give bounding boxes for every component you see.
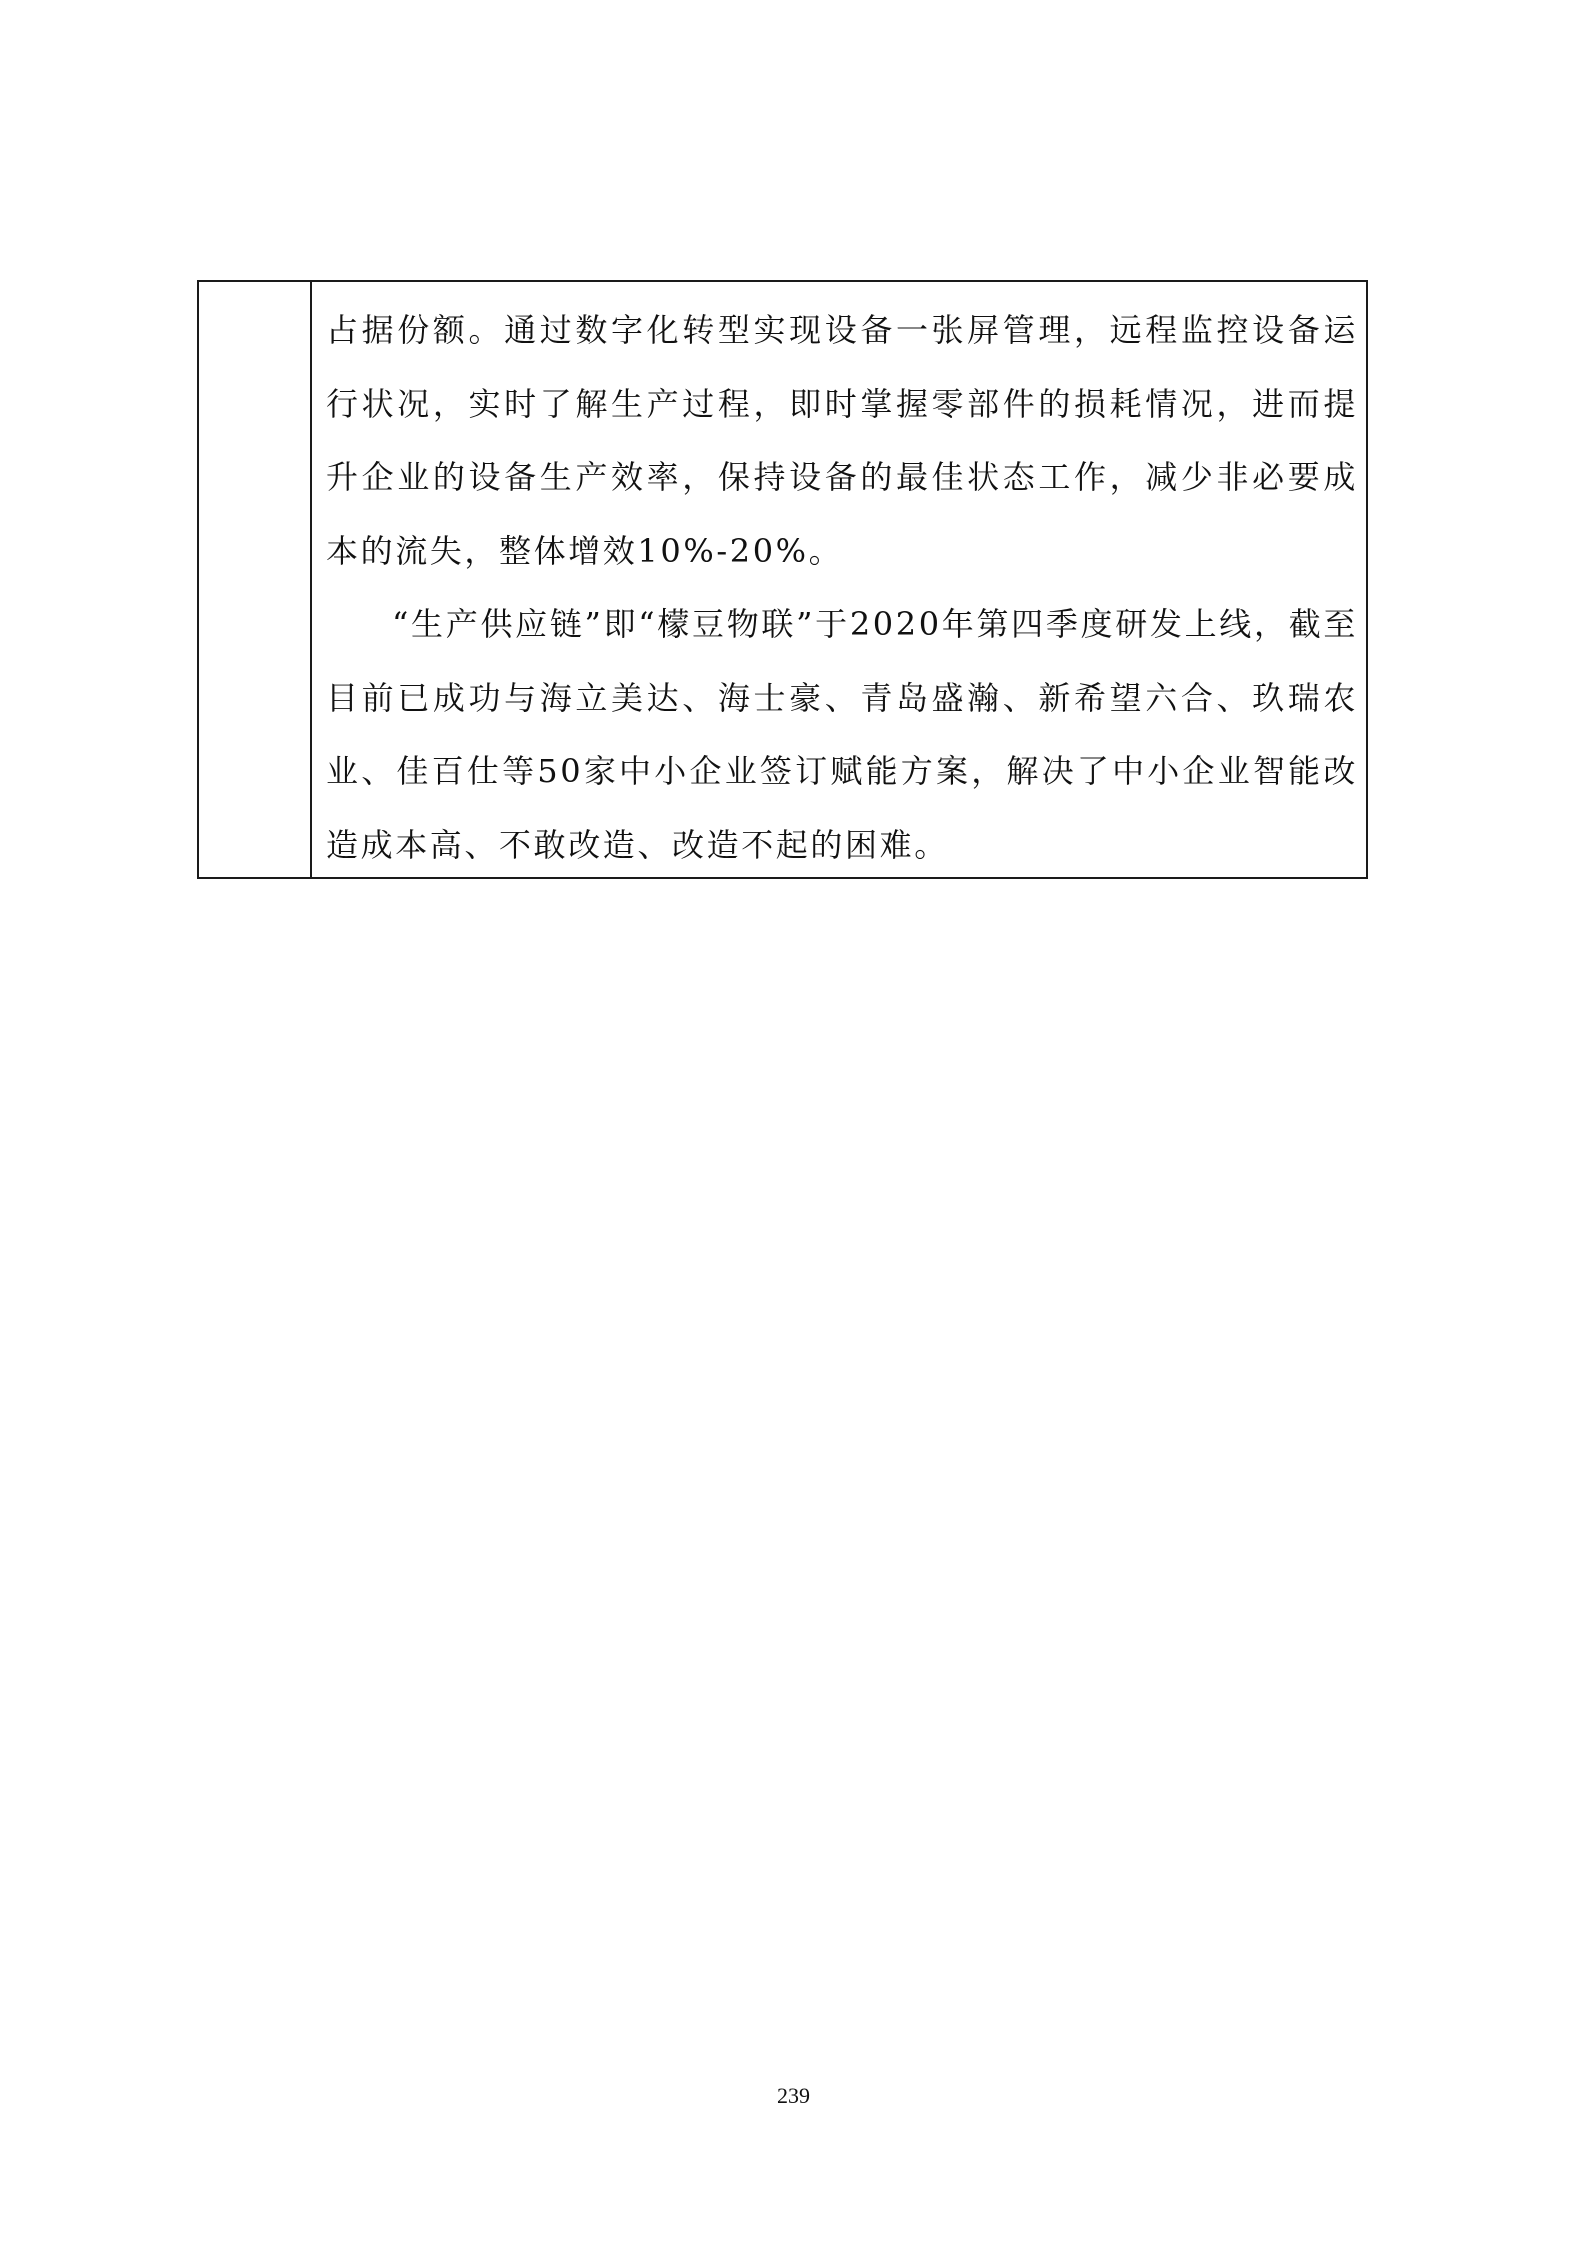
content-table: 占据份额。通过数字化转型实现设备一张屏管理，远程监控设备运行状况，实时了解生产过…	[197, 280, 1368, 879]
page-number: 239	[0, 2083, 1587, 2109]
table-cell-label	[199, 282, 312, 877]
paragraph-supply-chain: “生产供应链”即“檬豆物联”于2020年第四季度研发上线，截至目前已成功与海立美…	[326, 588, 1358, 882]
table-cell-content: 占据份额。通过数字化转型实现设备一张屏管理，远程监控设备运行状况，实时了解生产过…	[312, 282, 1366, 877]
paragraph-digital-transformation: 占据份额。通过数字化转型实现设备一张屏管理，远程监控设备运行状况，实时了解生产过…	[326, 294, 1358, 588]
